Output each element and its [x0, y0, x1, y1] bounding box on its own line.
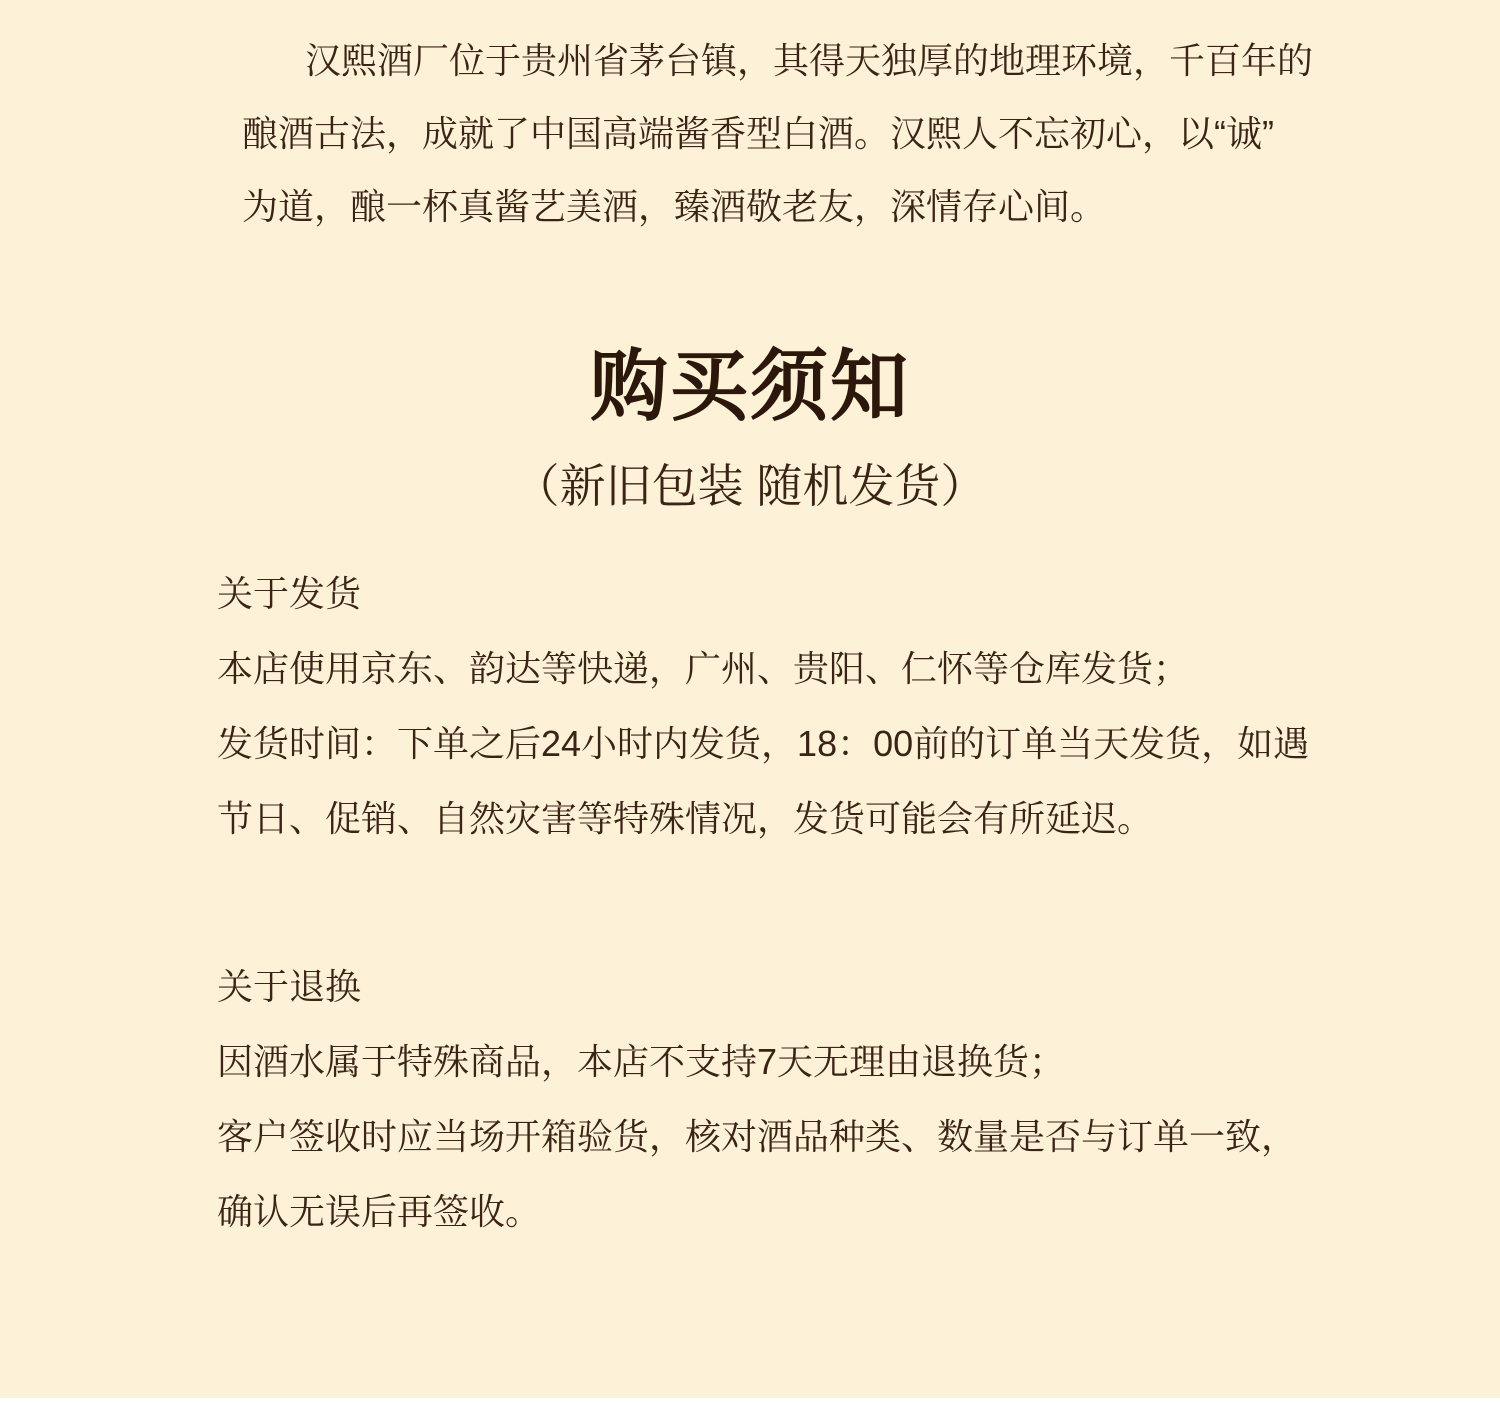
shipping-line-2: 发货时间：下单之后24小时内发货，18：00前的订单当天发货，如遇: [217, 706, 1309, 781]
shipping-line-1: 本店使用京东、韵达等快递，广州、贵阳、仁怀等仓库发货；: [217, 631, 1309, 706]
intro-line-3: 为道，酿一杯真酱艺美酒，臻酒敬老友，深情存心间。: [242, 170, 1313, 243]
returns-line-1: 因酒水属于特殊商品，本店不支持7天无理由退换货；: [217, 1024, 1297, 1099]
shipping-section-heading: 关于发货: [217, 556, 1309, 631]
shipping-line-3: 节日、促销、自然灾害等特殊情况，发货可能会有所延迟。: [217, 781, 1309, 856]
returns-line-2: 客户签收时应当场开箱验货，核对酒品种类、数量是否与订单一致，: [217, 1099, 1297, 1174]
bottom-edge-divider: [0, 1398, 1500, 1403]
intro-line-1: 汉熙酒厂位于贵州省茅台镇，其得天独厚的地理环境，千百年的: [242, 24, 1313, 97]
packaging-random-shipping-note: （新旧包装 随机发货）: [0, 450, 1500, 522]
intro-line-2: 酿酒古法，成就了中国高端酱香型白酒。汉熙人不忘初心，以“诚”: [242, 97, 1313, 170]
returns-section-heading: 关于退换: [217, 949, 1297, 1024]
shipping-info-section: 关于发货 本店使用京东、韵达等快递，广州、贵阳、仁怀等仓库发货； 发货时间：下单…: [217, 556, 1309, 856]
returns-line-3: 确认无误后再签收。: [217, 1174, 1297, 1249]
brand-intro-paragraph: 汉熙酒厂位于贵州省茅台镇，其得天独厚的地理环境，千百年的 酿酒古法，成就了中国高…: [242, 24, 1313, 243]
product-detail-notice-page: 汉熙酒厂位于贵州省茅台镇，其得天独厚的地理环境，千百年的 酿酒古法，成就了中国高…: [0, 0, 1500, 1403]
purchase-notice-title: 购买须知: [0, 336, 1500, 438]
returns-info-section: 关于退换 因酒水属于特殊商品，本店不支持7天无理由退换货； 客户签收时应当场开箱…: [217, 949, 1297, 1249]
